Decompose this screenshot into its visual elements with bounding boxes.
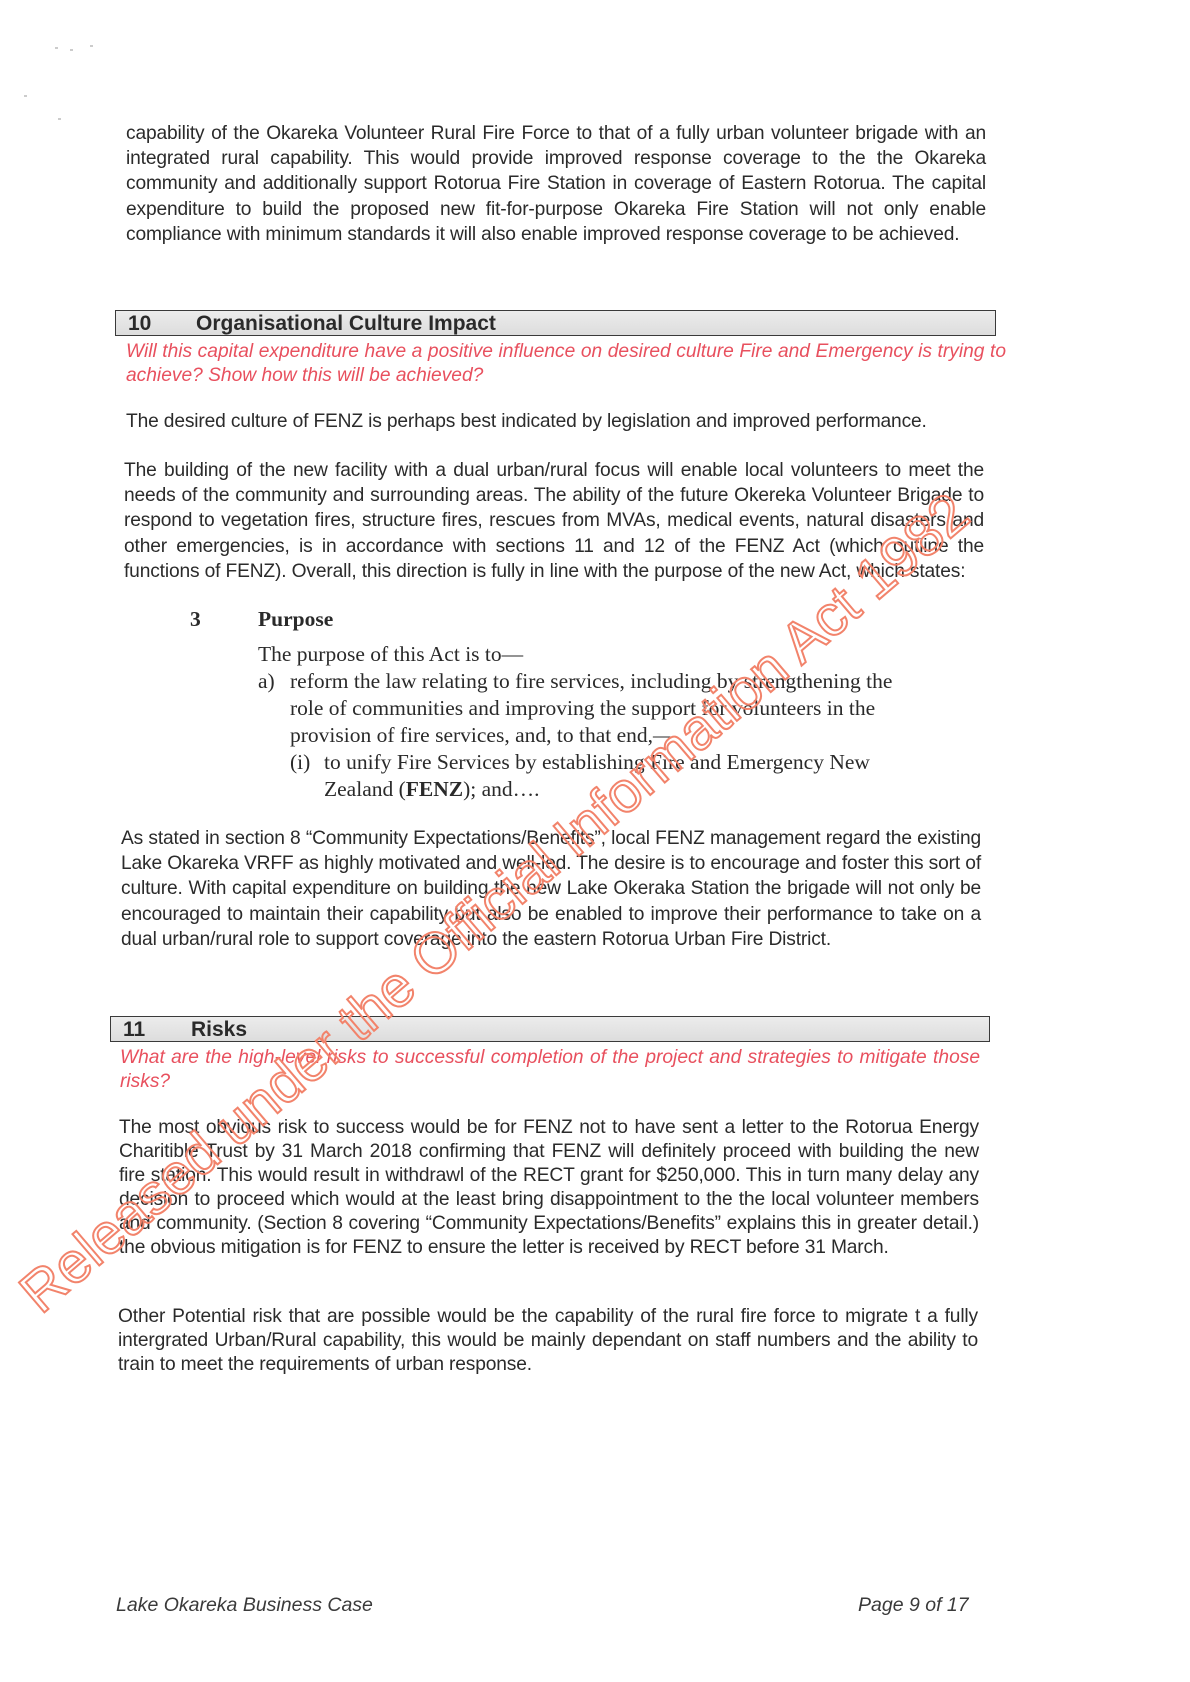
quote-section-number: 3 xyxy=(190,606,201,633)
quote-item-a-line: reform the law relating to fire services… xyxy=(290,668,892,695)
quote-intro: The purpose of this Act is to— xyxy=(258,641,523,668)
footer-page-number: Page 9 of 17 xyxy=(858,1594,969,1617)
section-title: Risks xyxy=(191,1018,247,1042)
scan-artifacts xyxy=(10,25,110,135)
section-11-paragraph-1: The most obvious risk to success would b… xyxy=(119,1116,979,1260)
quote-heading: Purpose xyxy=(258,606,333,633)
section-11-paragraph-2: Other Potential risk that are possible w… xyxy=(118,1305,978,1377)
footer-document-title: Lake Okareka Business Case xyxy=(116,1594,373,1617)
quote-item-i-line: to unify Fire Services by establishing F… xyxy=(324,749,870,776)
section-number: 11 xyxy=(123,1018,145,1042)
section-11-prompt: What are the high-level risks to success… xyxy=(120,1046,980,1094)
quote-item-a-label: a) xyxy=(258,668,275,695)
quote-item-a-line: provision of fire services, and, to that… xyxy=(290,722,675,749)
quote-item-a-line: role of communities and improving the su… xyxy=(290,695,875,722)
section-10-closing-paragraph: As stated in section 8 “Community Expect… xyxy=(121,826,981,952)
section-11-heading: 11 Risks xyxy=(110,1016,990,1042)
quote-item-i-label: (i) xyxy=(290,749,310,776)
section-10-paragraph-2: The building of the new facility with a … xyxy=(124,458,984,584)
document-page: capability of the Okareka Volunteer Rura… xyxy=(0,0,1190,1682)
section-title: Organisational Culture Impact xyxy=(196,312,496,336)
section-10-heading: 10 Organisational Culture Impact xyxy=(115,310,996,336)
section-number: 10 xyxy=(128,312,151,336)
section-10-prompt: Will this capital expenditure have a pos… xyxy=(126,340,1006,388)
intro-paragraph: capability of the Okareka Volunteer Rura… xyxy=(126,121,986,247)
quote-item-i-line-2: Zealand (FENZ); and…. xyxy=(324,776,540,803)
section-10-paragraph-1: The desired culture of FENZ is perhaps b… xyxy=(126,409,1006,434)
